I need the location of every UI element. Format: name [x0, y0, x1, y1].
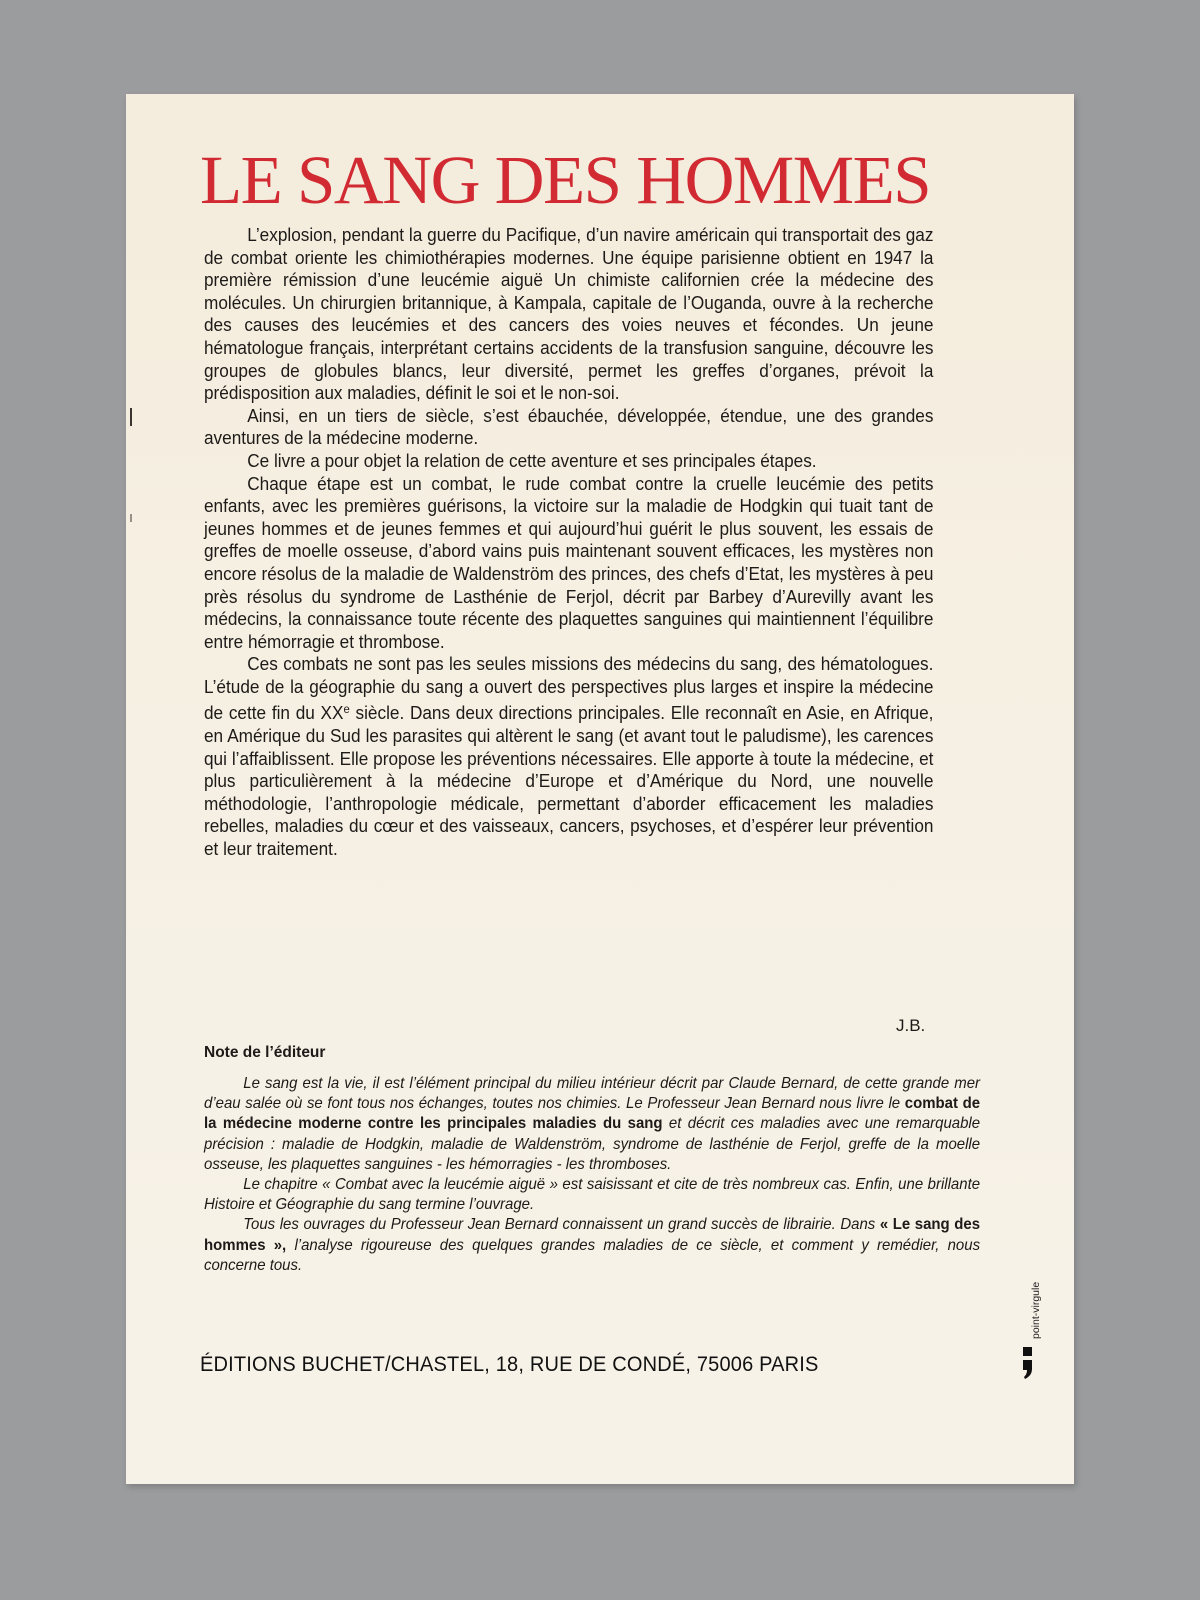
- semicolon-logo-icon: [1020, 1347, 1034, 1379]
- note-paragraph: Tous les ouvrages du Professeur Jean Ber…: [204, 1215, 980, 1276]
- editor-note: Le sang est la vie, il est l’élément pri…: [204, 1074, 980, 1276]
- note-text: Le sang est la vie, il est l’élément pri…: [204, 1075, 980, 1112]
- book-title: LE SANG DES HOMMES: [200, 140, 1000, 220]
- blurb-paragraph: L’explosion, pendant la guerre du Pacifi…: [204, 224, 933, 405]
- editor-note-heading: Note de l’éditeur: [204, 1044, 325, 1062]
- note-paragraph: Le chapitre « Combat avec la leucémie ai…: [204, 1175, 980, 1215]
- edge-wear-mark: [130, 408, 132, 426]
- blurb-paragraph: Ainsi, en un tiers de siècle, s’est ébau…: [204, 405, 933, 450]
- blurb-paragraph: Chaque étape est un combat, le rude comb…: [204, 473, 933, 654]
- blurb-body: L’explosion, pendant la guerre du Pacifi…: [204, 224, 933, 861]
- note-paragraph: Le sang est la vie, il est l’élément pri…: [204, 1074, 980, 1175]
- blurb-paragraph: Ce livre a pour objet la relation de cet…: [204, 450, 933, 473]
- author-signature: J.B.: [896, 1016, 925, 1036]
- note-text: l’analyse rigoureuse des quelques grande…: [204, 1237, 980, 1274]
- edge-wear-mark: [130, 514, 132, 522]
- blurb-paragraph: Ces combats ne sont pas les seules missi…: [204, 653, 933, 860]
- publisher-address: ÉDITIONS BUCHET/CHASTEL, 18, RUE DE COND…: [200, 1352, 1000, 1377]
- blurb-text: siècle. Dans deux directions principales…: [204, 702, 933, 859]
- imprint-label: point-virgule: [1030, 1282, 1042, 1339]
- note-text: Tous les ouvrages du Professeur Jean Ber…: [243, 1216, 880, 1233]
- book-back-cover: LE SANG DES HOMMES L’explosion, pendant …: [126, 94, 1074, 1484]
